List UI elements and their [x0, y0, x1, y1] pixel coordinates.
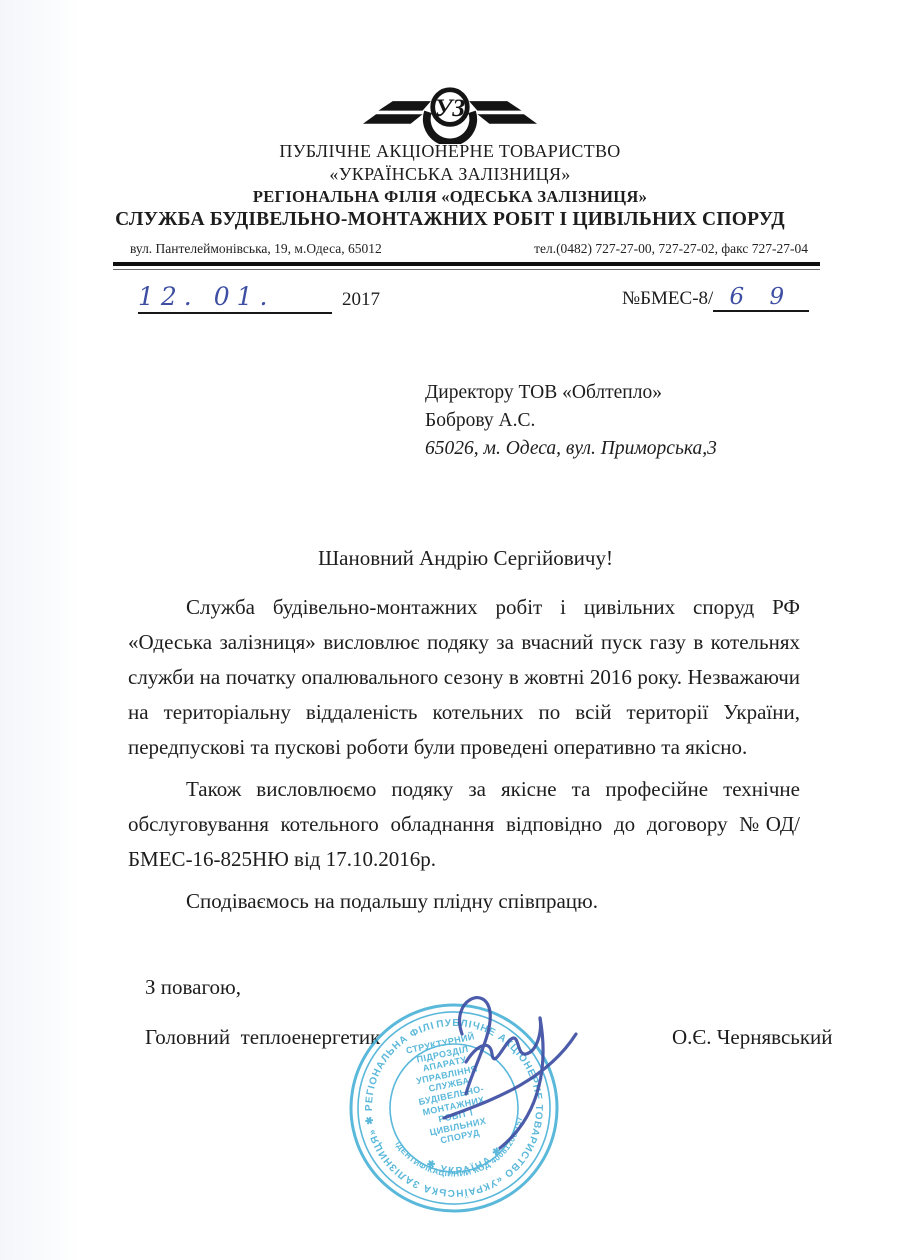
- date-year: 2017: [342, 289, 380, 310]
- signer-name: О.Є. Чернявський: [672, 1025, 833, 1050]
- org-name-line1: ПУБЛІЧНЕ АКЦІОНЕРНЕ ТОВАРИСТВО: [60, 140, 840, 163]
- salutation: Шановний Андрію Сергійовичу!: [318, 546, 613, 571]
- paragraph-1: Служба будівельно-монтажних робіт і циві…: [128, 590, 800, 765]
- recipient-position: Директору ТОВ «Облтепло»: [425, 379, 717, 407]
- letterhead-rule-thick: [113, 262, 820, 266]
- letterhead-phones: тел.(0482) 727-27-00, 727-27-02, факс 72…: [534, 241, 808, 257]
- letterhead-address: вул. Пантелеймонівська, 19, м.Одеса, 650…: [130, 241, 382, 257]
- number-prefix: №БМЕС-8/: [622, 288, 713, 309]
- org-branch-line: РЕГІОНАЛЬНА ФІЛІЯ «ОДЕСЬКА ЗАЛІЗНИЦЯ»: [60, 186, 840, 208]
- recipient-address: 65026, м. Одеса, вул. Приморська,3: [425, 435, 717, 463]
- letter-body: Служба будівельно-монтажних робіт і циві…: [128, 590, 800, 926]
- date-field: 12. 01.2017: [138, 282, 380, 314]
- recipient-block: Директору ТОВ «Облтепло» Боброву А.С. 65…: [425, 379, 717, 463]
- paragraph-3: Сподіваємось на подальшу плідну співпрац…: [128, 884, 800, 919]
- outgoing-number-field: №БМЕС-8/6 9: [622, 284, 809, 312]
- handwritten-date: 12. 01.: [138, 282, 274, 311]
- ukrzaliznytsia-logo: УЗ: [0, 82, 900, 144]
- org-service-line: СЛУЖБА БУДІВЕЛЬНО-МОНТАЖНИХ РОБІТ І ЦИВІ…: [60, 208, 840, 232]
- handwritten-signature: [428, 982, 598, 1172]
- scanned-letter-page: УЗ ПУБЛІЧНЕ АКЦІОНЕРНЕ ТОВАРИСТВО «УКРАЇ…: [0, 0, 900, 1260]
- letterhead-contact-row: вул. Пантелеймонівська, 19, м.Одеса, 650…: [130, 241, 808, 257]
- org-name-line2: «УКРАЇНСЬКА ЗАЛІЗНИЦЯ»: [60, 163, 840, 186]
- letterhead-rule-thin: [113, 269, 820, 270]
- date-underline: 12. 01.: [138, 282, 332, 314]
- handwritten-number: 6 9: [730, 284, 794, 310]
- closing-regards: З повагою,: [145, 975, 241, 1000]
- logo-monogram: УЗ: [435, 95, 465, 122]
- number-underline: 6 9: [713, 284, 809, 312]
- recipient-name: Боброву А.С.: [425, 407, 717, 435]
- railway-winged-emblem-icon: УЗ: [360, 82, 540, 144]
- paragraph-2: Також висловлюємо подяку за якісне та пр…: [128, 772, 800, 877]
- letterhead-org-block: ПУБЛІЧНЕ АКЦІОНЕРНЕ ТОВАРИСТВО «УКРАЇНСЬ…: [60, 140, 840, 232]
- reference-row: 12. 01.2017 №БМЕС-8/6 9: [0, 282, 900, 322]
